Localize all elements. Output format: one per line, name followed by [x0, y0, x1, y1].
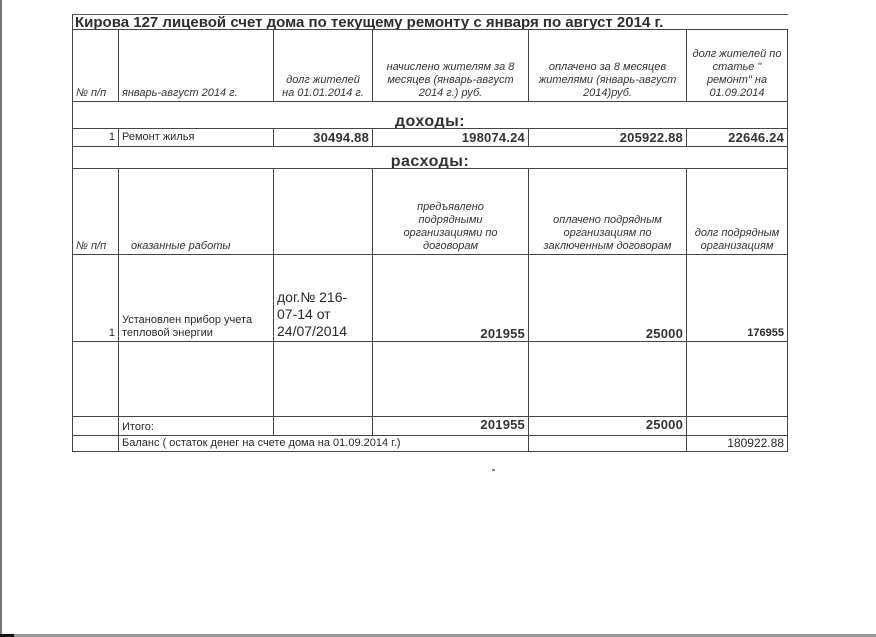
expense-header-paid: оплачено подрядным организациям по заклю…	[529, 169, 687, 255]
expense-row-paid: 25000	[529, 255, 687, 342]
expense-section-label: расходы:	[73, 147, 788, 169]
expense-row2-debt	[687, 342, 788, 417]
expense-header-work: оказанные работы	[119, 169, 274, 255]
expense-row2-num	[73, 342, 119, 417]
header-paid: оплачено за 8 месяцев жителями (январь-а…	[529, 30, 687, 102]
document-title: Кирова 127 лицевой счет дома по текущему…	[73, 15, 788, 30]
expense-header-debt: долг подрядным организациям	[687, 169, 788, 255]
expense-header-num: № п/п	[73, 169, 119, 255]
total-label: Итого:	[119, 417, 274, 436]
scan-speck	[492, 469, 495, 471]
header-charged: начислено жителям за 8 месяцев (январь-а…	[373, 30, 529, 102]
header-debt-end: долг жителей по статье " ремонт" на 01.0…	[687, 30, 788, 102]
expense-row-debt: 176955	[687, 255, 788, 342]
total-debt	[687, 417, 788, 436]
income-row-paid: 205922.88	[529, 129, 687, 147]
expense-row2-paid	[529, 342, 687, 417]
income-row-num: 1	[73, 129, 119, 147]
header-num: № п/п	[73, 30, 119, 102]
balance-num	[73, 436, 119, 452]
expense-row-billed: 201955	[373, 255, 529, 342]
expense-row2-work	[119, 342, 274, 417]
income-row-name: Ремонт жилья	[119, 129, 274, 147]
expense-row-num: 1	[73, 255, 119, 342]
scan-edge-left	[0, 0, 2, 637]
total-billed: 201955	[373, 417, 529, 436]
income-row-debt-start: 30494.88	[274, 129, 373, 147]
header-period: январь-август 2014 г.	[119, 30, 274, 102]
balance-label: Баланс ( остаток денег на счете дома на …	[119, 436, 529, 452]
header-debt-start: долг жителей на 01.01.2014 г.	[274, 30, 373, 102]
expense-row-contract: дог.№ 216-07-14 от 24/07/2014	[274, 255, 373, 342]
expense-header-contract	[274, 169, 373, 255]
balance-value: 180922.88	[687, 436, 788, 452]
expense-header-billed: предъявлено подрядными организациями по …	[373, 169, 529, 255]
total-contract	[274, 417, 373, 436]
expense-row2-billed	[373, 342, 529, 417]
expense-row2-contract	[274, 342, 373, 417]
total-num	[73, 417, 119, 436]
income-row-charged: 198074.24	[373, 129, 529, 147]
balance-empty	[529, 436, 687, 452]
expense-row-work: Установлен прибор учета тепловой энергии	[119, 255, 274, 342]
total-paid: 25000	[529, 417, 687, 436]
scanned-document: Кирова 127 лицевой счет дома по текущему…	[0, 0, 876, 637]
income-row-debt-end: 22646.24	[687, 129, 788, 147]
income-section-label: доходы:	[73, 102, 788, 129]
